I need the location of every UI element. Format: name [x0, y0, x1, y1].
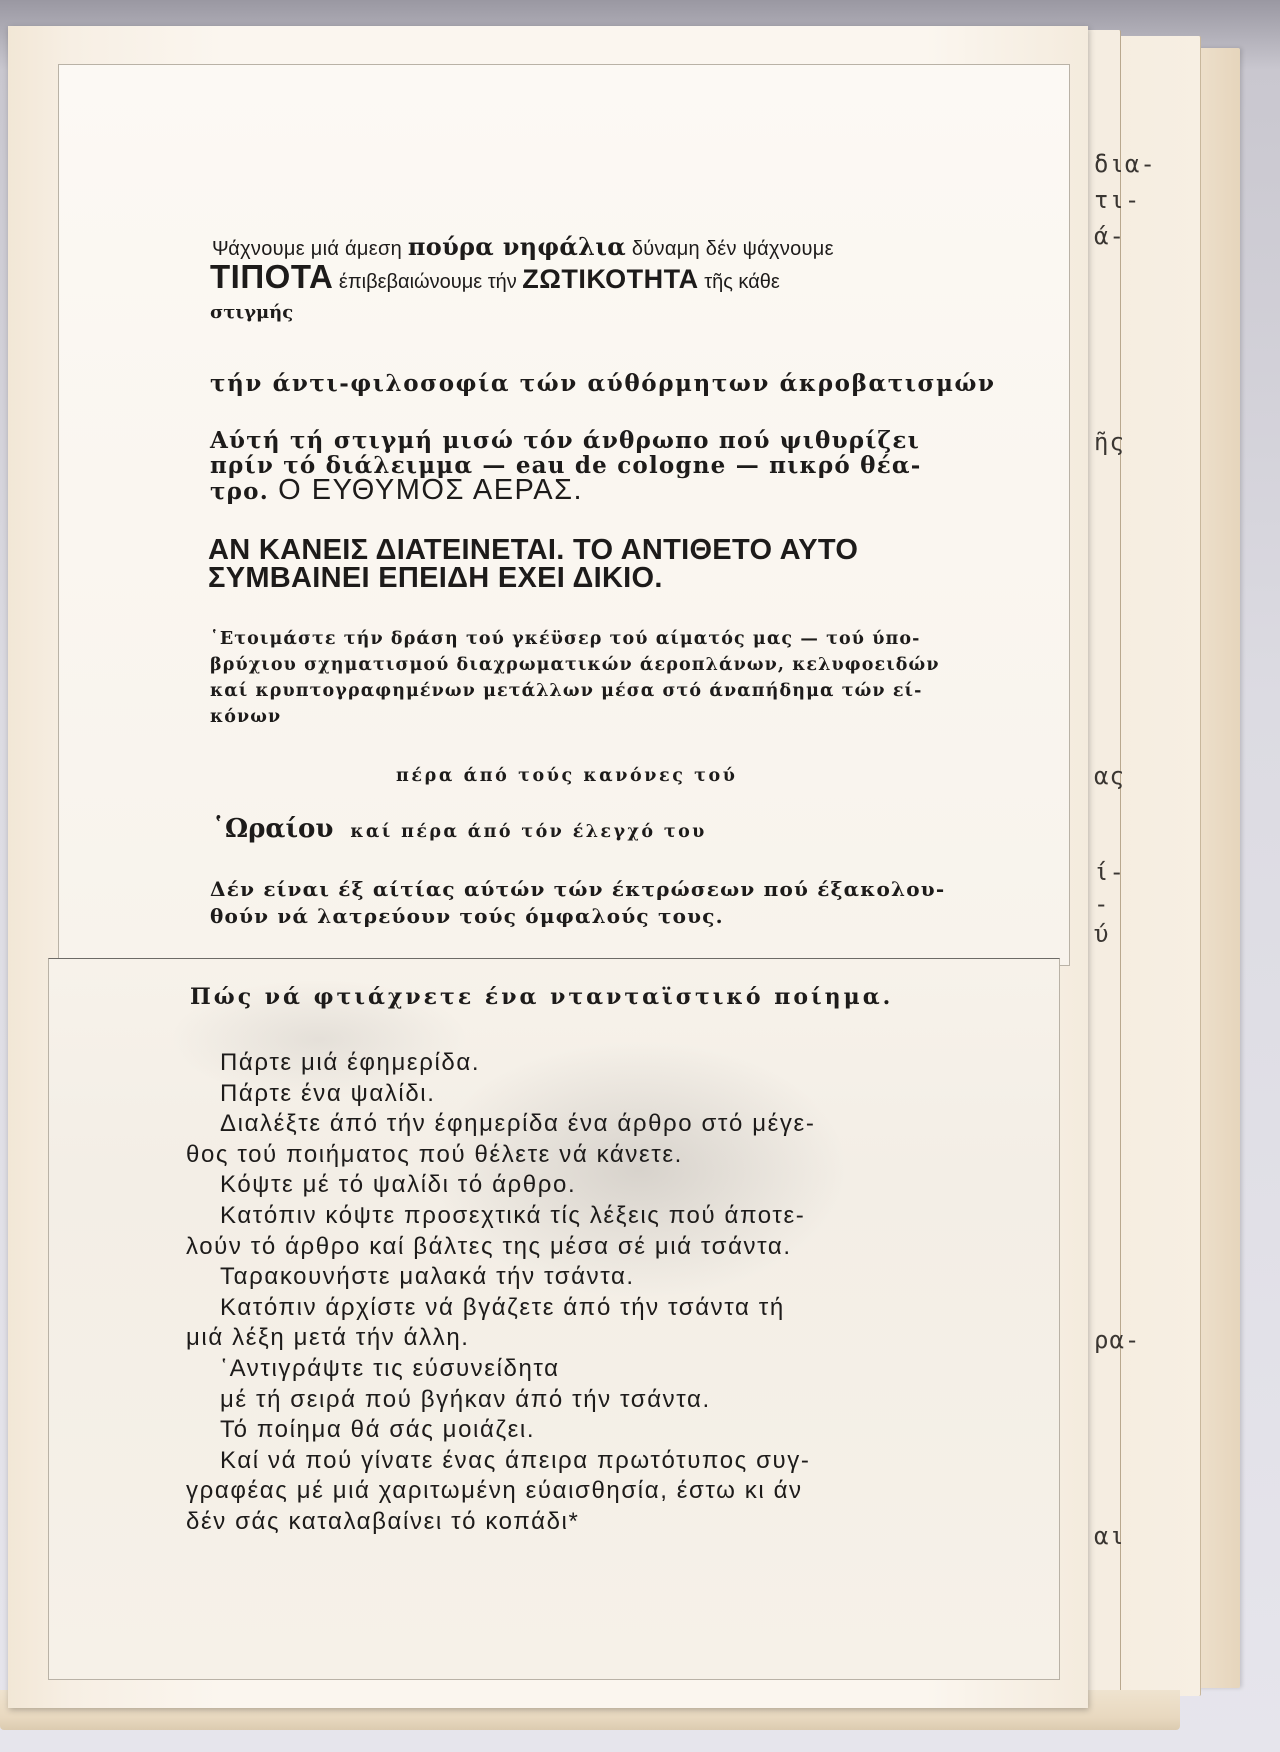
poem-line: μέ τή σειρά πού βγήκαν άπό τήν τσάντα. — [186, 1385, 815, 1416]
caps-text-run: Ο ΕΥΘΥΜΟΣ ΑΕΡΑΣ. — [278, 474, 583, 506]
back-page-fragment: ρα- — [1094, 1326, 1140, 1354]
oraiou-word: ῾Ωραίου — [212, 814, 333, 844]
back-page-fragment: δια- — [1094, 150, 1156, 178]
paragraph-3-line-2: βρύχιου σχηματισμού διαχρωματικών άεροπλ… — [210, 652, 940, 678]
back-page-fragment: ῆς — [1094, 428, 1125, 456]
dada-poem-instructions: Πάρτε μιά έφημερίδα.Πάρτε ένα ψαλίδι.Δια… — [186, 1048, 815, 1538]
poem-line: μιά λέξη μετά τήν άλλη. — [186, 1323, 815, 1354]
poem-line: Κόψτε μέ τό ψαλίδι τό άρθρο. — [186, 1170, 815, 1201]
poem-line: θος τού ποιήματος πού θέλετε νά κάνετε. — [186, 1140, 815, 1171]
poem-line: γραφέας μέ μιά χαριτωμένη εύαισθησία, έσ… — [186, 1476, 815, 1507]
paragraph-2-line-1: Αύτή τή στιγμή μισώ τόν άνθρωπο πού ψιθυ… — [210, 428, 920, 453]
back-page-fragment: τι- — [1094, 186, 1140, 214]
text-run: Ψάχνουμε μιά άμεση — [212, 238, 408, 260]
poem-line: Κατόπιν κόψτε προσεχτικά τίς λέξεις πού … — [186, 1201, 815, 1232]
closing-line-1: Δέν είναι έξ αίτίας αύτών τών έκτρώσεων … — [210, 876, 945, 903]
paragraph-3-line-4: κόνων — [210, 704, 281, 730]
poem-title: Πώς νά φτιάχνετε ένα ντανταϊστικό ποίημα… — [190, 984, 893, 1010]
text-run: δύναμη δέν ψάχνουμε — [626, 238, 834, 260]
back-page-fragment: - — [1094, 890, 1109, 918]
poem-line: Καί νά πού γίνατε ένας άπειρα πρωτότυπος… — [186, 1446, 815, 1477]
back-page-fragment: ί- — [1094, 858, 1125, 886]
poem-line: Πάρτε μιά έφημερίδα. — [186, 1048, 815, 1079]
poem-line: Κατόπιν άρχίστε νά βγάζετε άπό τήν τσάντ… — [186, 1293, 815, 1324]
poem-line: Τό ποίημα θά σάς μοιάζει. — [186, 1415, 815, 1446]
manifesto-line-2: ΤΙΠΟΤΑ έπιβεβαιώνουμε τήν ΖΩΤΙΚΟΤΗΤΑ τῆς… — [210, 258, 780, 296]
manifesto-line-1: Ψάχνουμε μιά άμεση πούρα νηφάλια δύναμη … — [212, 232, 834, 261]
caps-statement-line-2: ΣΥΜΒΑΙΝΕΙ ΕΠΕΙΔΗ ΕΧΕΙ ΔΙΚΙΟ. — [208, 562, 663, 595]
closing-line-2: θούν νά λατρεύουν τούς όμφαλούς τους. — [210, 903, 724, 930]
text-run: τῆς κάθε — [699, 271, 780, 293]
back-page-fragment: ας — [1094, 762, 1125, 790]
poem-line: δέν σάς καταλαβαίνει τό κοπάδι* — [186, 1507, 815, 1538]
poem-line: Πάρτε ένα ψαλίδι. — [186, 1079, 815, 1110]
oraiou-line: ῾Ωραίου καί πέρα άπό τόν έλεγχό του — [212, 814, 707, 844]
caps-text-run: ΖΩΤΙΚΟΤΗΤΑ — [522, 264, 698, 294]
text-run: τρο. — [210, 478, 278, 505]
poem-line: Διαλέξτε άπό τήν έφημερίδα ένα άρθρο στό… — [186, 1109, 815, 1140]
poem-line: ῾Αντιγράψτε τις εύσυνείδητα — [186, 1354, 815, 1385]
back-page-fragment: ά- — [1094, 222, 1125, 250]
poem-line: λούν τό άρθρο καί βάλτες της μέσα σέ μιά… — [186, 1232, 815, 1263]
caps-text-run: ΤΙΠΟΤΑ — [210, 258, 333, 295]
paragraph-3-line-3: καί κρυπτογραφημένων μετάλλων μέσα στό ά… — [210, 678, 923, 704]
back-page-fragment: ύ — [1094, 920, 1109, 948]
paragraph-2-line-3: τρο. Ο ΕΥΘΥΜΟΣ ΑΕΡΑΣ. — [210, 478, 583, 504]
paragraph-3-line-1: ῾Ετοιμάστε τήν δράση τού γκέϋσερ τού αίμ… — [210, 626, 921, 652]
anti-philosophy-line: τήν άντι-φιλοσοφία τών αύθόρμητων άκροβα… — [210, 370, 996, 397]
text-run: έπιβεβαιώνουμε τήν — [333, 271, 522, 293]
bold-text-run: πούρα νηφάλια — [408, 232, 626, 261]
manifesto-line-3: στιγμής — [210, 302, 293, 323]
centered-line: πέρα άπό τούς κανόνες τού — [396, 766, 738, 786]
text-run: καί πέρα άπό τόν έλεγχό του — [350, 822, 706, 842]
back-page-fragment: αι — [1094, 1522, 1125, 1550]
poem-line: Ταρακουνήστε μαλακά τήν τσάντα. — [186, 1262, 815, 1293]
